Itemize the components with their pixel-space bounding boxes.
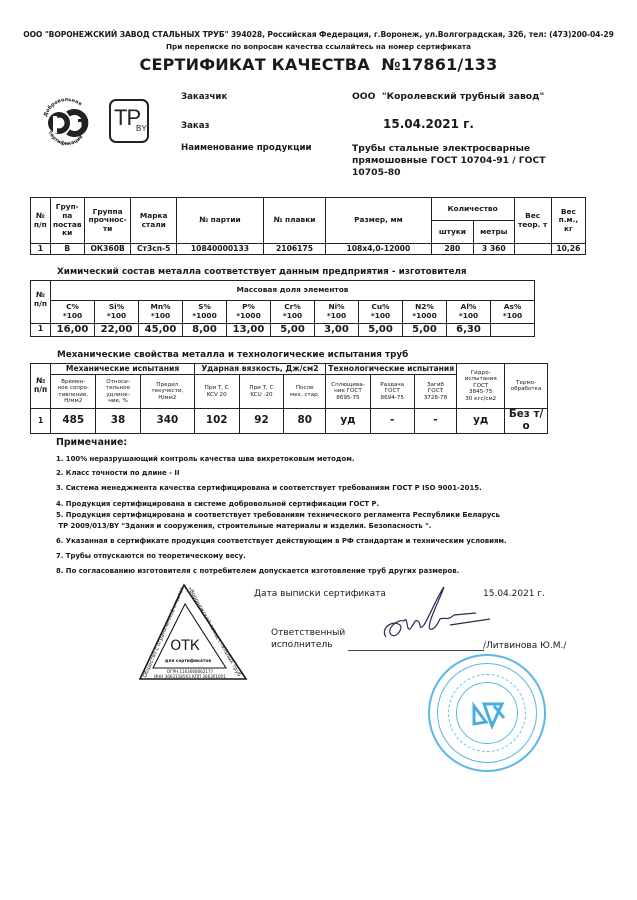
cell-num: 1 xyxy=(31,324,51,337)
cell-heat_treatment: Без т/о xyxy=(505,409,548,434)
col-quantity: Количество xyxy=(431,198,514,221)
cell-size: 108x4,0-12000 xyxy=(326,244,432,255)
note-item: ТР 2009/013/BY "Здания и сооружения, стр… xyxy=(56,522,431,530)
col-element: S%*1000 xyxy=(183,301,227,324)
product-line: прямошовные ГОСТ 10704-91 / ГОСТ xyxy=(352,155,545,167)
col-heat-treatment: Термо-обработка xyxy=(505,364,548,409)
col-heat-no: № плавки xyxy=(263,198,325,244)
col-size: Размер, мм xyxy=(326,198,432,244)
mechanical-tests-header: Механические испытания xyxy=(51,364,194,375)
chem-section-title: Химический состав металла соответствует … xyxy=(57,267,467,277)
signature-scribble-icon xyxy=(378,585,498,655)
note-item: 4. Продукция сертифицирована в системе д… xyxy=(56,500,379,508)
col-element: Cu%*100 xyxy=(359,301,403,324)
col-kcu20: При Т, СKCU -20 xyxy=(239,375,284,409)
col-element: Ni%*100 xyxy=(315,301,359,324)
issue-date-label: Дата выписки сертификата xyxy=(254,589,386,599)
svg-text:ОТК: ОТК xyxy=(170,638,200,654)
product-label: Наименование продукции xyxy=(181,143,312,153)
svg-text:ИНН 3663118563 КПП 366301001: ИНН 3663118563 КПП 366301001 xyxy=(154,674,226,679)
col-element: P%*1000 xyxy=(227,301,271,324)
order-label: Заказ xyxy=(181,121,210,131)
cell-element-value: 5,00 xyxy=(271,324,315,337)
col-element: C%*100 xyxy=(51,301,95,324)
col-element: As%*100 xyxy=(491,301,535,324)
responsible-line: Ответственный xyxy=(271,627,345,639)
customer-label: Заказчик xyxy=(181,92,227,102)
order-value: 15.04.2021 г. xyxy=(383,117,474,131)
note-item: 8. По согласованию изготовителя с потреб… xyxy=(56,567,459,575)
note-item: 7. Трубы отпускаются по теоретическому в… xyxy=(56,552,246,560)
cell-weight-per-m: 10,26 xyxy=(551,244,585,255)
col-steel-grade: Маркастали xyxy=(131,198,177,244)
cell-element-value: 6,30 xyxy=(447,324,491,337)
cell-flattening: уд xyxy=(326,409,371,434)
company-header-line: ООО "ВОРОНЕЖСКИЙ ЗАВОД СТАЛЬНЫХ ТРУБ" 39… xyxy=(0,30,637,39)
rst-certification-icon: Добровольная сертификация xyxy=(38,92,96,150)
certificate-title: СЕРТИФИКАТ КАЧЕСТВА №17861/133 xyxy=(0,55,637,74)
col-kcv20: При Т, СKCV 20 xyxy=(194,375,239,409)
cell-bending: - xyxy=(414,409,457,434)
company-logo-icon xyxy=(470,696,506,732)
mech-section-title: Механические свойства металла и технолог… xyxy=(57,350,408,360)
note-item: 6. Указанная в сертификате продукция соо… xyxy=(56,537,507,545)
col-weight-per-m: Весп.м.,кг xyxy=(551,198,585,244)
table-row: 1 В ОК360В Ст3сп-5 10840000133 2106175 1… xyxy=(31,244,586,255)
cell-tensile: 485 xyxy=(51,409,96,434)
cell-num: 1 xyxy=(31,244,51,255)
product-line: 10705-80 xyxy=(352,167,545,179)
note-item: 2. Класс точности по длине - II xyxy=(56,469,180,477)
product-table: №п/п Груп-папоставки Группапрочнос-ти Ма… xyxy=(30,197,586,255)
col-yield: Пределтекучести,Н/мм2 xyxy=(140,375,194,409)
cell-element-value: 8,00 xyxy=(183,324,227,337)
notes-title: Примечание: xyxy=(56,437,127,448)
cell-hydro: уд xyxy=(457,409,505,434)
mass-fraction-header: Массовая доля элементов xyxy=(51,281,535,301)
cell-element-value: 16,00 xyxy=(51,324,95,337)
cell-element-value: 45,00 xyxy=(139,324,183,337)
cell-kcu20: 92 xyxy=(239,409,284,434)
product-value: Трубы стальные электросварные прямошовны… xyxy=(352,143,545,179)
cell-meters: 3 360 xyxy=(474,244,514,255)
cell-element-value xyxy=(491,324,535,337)
by-mark: BY xyxy=(136,124,147,133)
cell-delivery-group: В xyxy=(50,244,84,255)
cell-heat-no: 2106175 xyxy=(263,244,325,255)
cell-weight-theor xyxy=(514,244,551,255)
svg-text:Общество с ограниченной ответс: Общество с ограниченной ответственностью xyxy=(138,582,186,679)
col-pieces: штуки xyxy=(431,221,473,244)
note-item: 1. 100% неразрушающий контроль качества … xyxy=(56,455,354,463)
col-flaring: РаздачаГОСТ8694-75 xyxy=(370,375,414,409)
product-line: Трубы стальные электросварные xyxy=(352,143,545,155)
cell-yield: 340 xyxy=(140,409,194,434)
col-hydro: Гидро-испытанияГОСТ3845-7530 кгс/см2 xyxy=(457,364,505,409)
col-aging: Послемех. стар. xyxy=(284,375,326,409)
col-weight-theor: Вестеор. т xyxy=(514,198,551,244)
col-delivery-group: Груп-папоставки xyxy=(50,198,84,244)
table-row: 116,0022,0045,008,0013,005,003,005,005,0… xyxy=(31,324,535,337)
cell-elongation: 38 xyxy=(96,409,141,434)
technological-tests-header: Технологические испытания xyxy=(326,364,457,375)
cell-pieces: 280 xyxy=(431,244,473,255)
col-element: N2%*1000 xyxy=(403,301,447,324)
cell-flaring: - xyxy=(370,409,414,434)
customer-value: ООО "Королевский трубный завод" xyxy=(352,91,544,102)
responsible-line: исполнитель xyxy=(271,639,345,651)
col-flattening: Сплющива-ние ГОСТ8695-75 xyxy=(326,375,371,409)
mechanical-table: №п/п Механические испытания Ударная вязк… xyxy=(30,363,548,434)
cell-kcv20: 102 xyxy=(194,409,239,434)
col-tensile: Времен-ное сопро-тивление,Н/мм2 xyxy=(51,375,96,409)
cell-element-value: 13,00 xyxy=(227,324,271,337)
cell-element-value: 22,00 xyxy=(95,324,139,337)
tr-by-logo: TP BY xyxy=(109,99,149,143)
col-bending: ЗагибГОСТ3728-78 xyxy=(414,375,457,409)
responsible-label: Ответственный исполнитель xyxy=(271,627,345,651)
svg-text:для сертификатов: для сертификатов xyxy=(165,657,211,664)
table-row: 1485383401029280уд--удБез т/о xyxy=(31,409,548,434)
cell-num: 1 xyxy=(31,409,51,434)
cell-element-value: 5,00 xyxy=(403,324,447,337)
cell-steel-grade: Ст3сп-5 xyxy=(131,244,177,255)
col-elongation: Относи-тельноеудлине-ние, % xyxy=(96,375,141,409)
col-element: Si%*100 xyxy=(95,301,139,324)
cell-element-value: 5,00 xyxy=(359,324,403,337)
col-batch-no: № партии xyxy=(176,198,263,244)
col-element: Mn%*100 xyxy=(139,301,183,324)
cell-element-value: 3,00 xyxy=(315,324,359,337)
cell-batch-no: 10840000133 xyxy=(176,244,263,255)
col-num: №п/п xyxy=(31,198,51,244)
col-element: Al%*100 xyxy=(447,301,491,324)
cell-strength-group: ОК360В xyxy=(84,244,131,255)
col-strength-group: Группапрочнос-ти xyxy=(84,198,131,244)
col-num: №п/п xyxy=(31,364,51,409)
rst-logo: Добровольная сертификация xyxy=(38,92,96,150)
note-item: 5. Продукция сертифицирована и соответст… xyxy=(56,511,500,519)
note-item: 3. Система менеджмента качества сертифиц… xyxy=(56,484,482,492)
col-element: Cr%*100 xyxy=(271,301,315,324)
reference-line: При переписке по вопросам качества ссыла… xyxy=(0,42,637,51)
chemical-table: №п/п Массовая доля элементов C%*100Si%*1… xyxy=(30,280,535,337)
company-round-stamp xyxy=(428,654,546,772)
otk-stamp-icon: Общество с ограниченной ответственностью… xyxy=(138,582,253,682)
col-num: №п/п xyxy=(31,281,51,324)
col-meters: метры xyxy=(474,221,514,244)
cell-aging: 80 xyxy=(284,409,326,434)
impact-strength-header: Ударная вязкость, Дж/см2 xyxy=(194,364,325,375)
